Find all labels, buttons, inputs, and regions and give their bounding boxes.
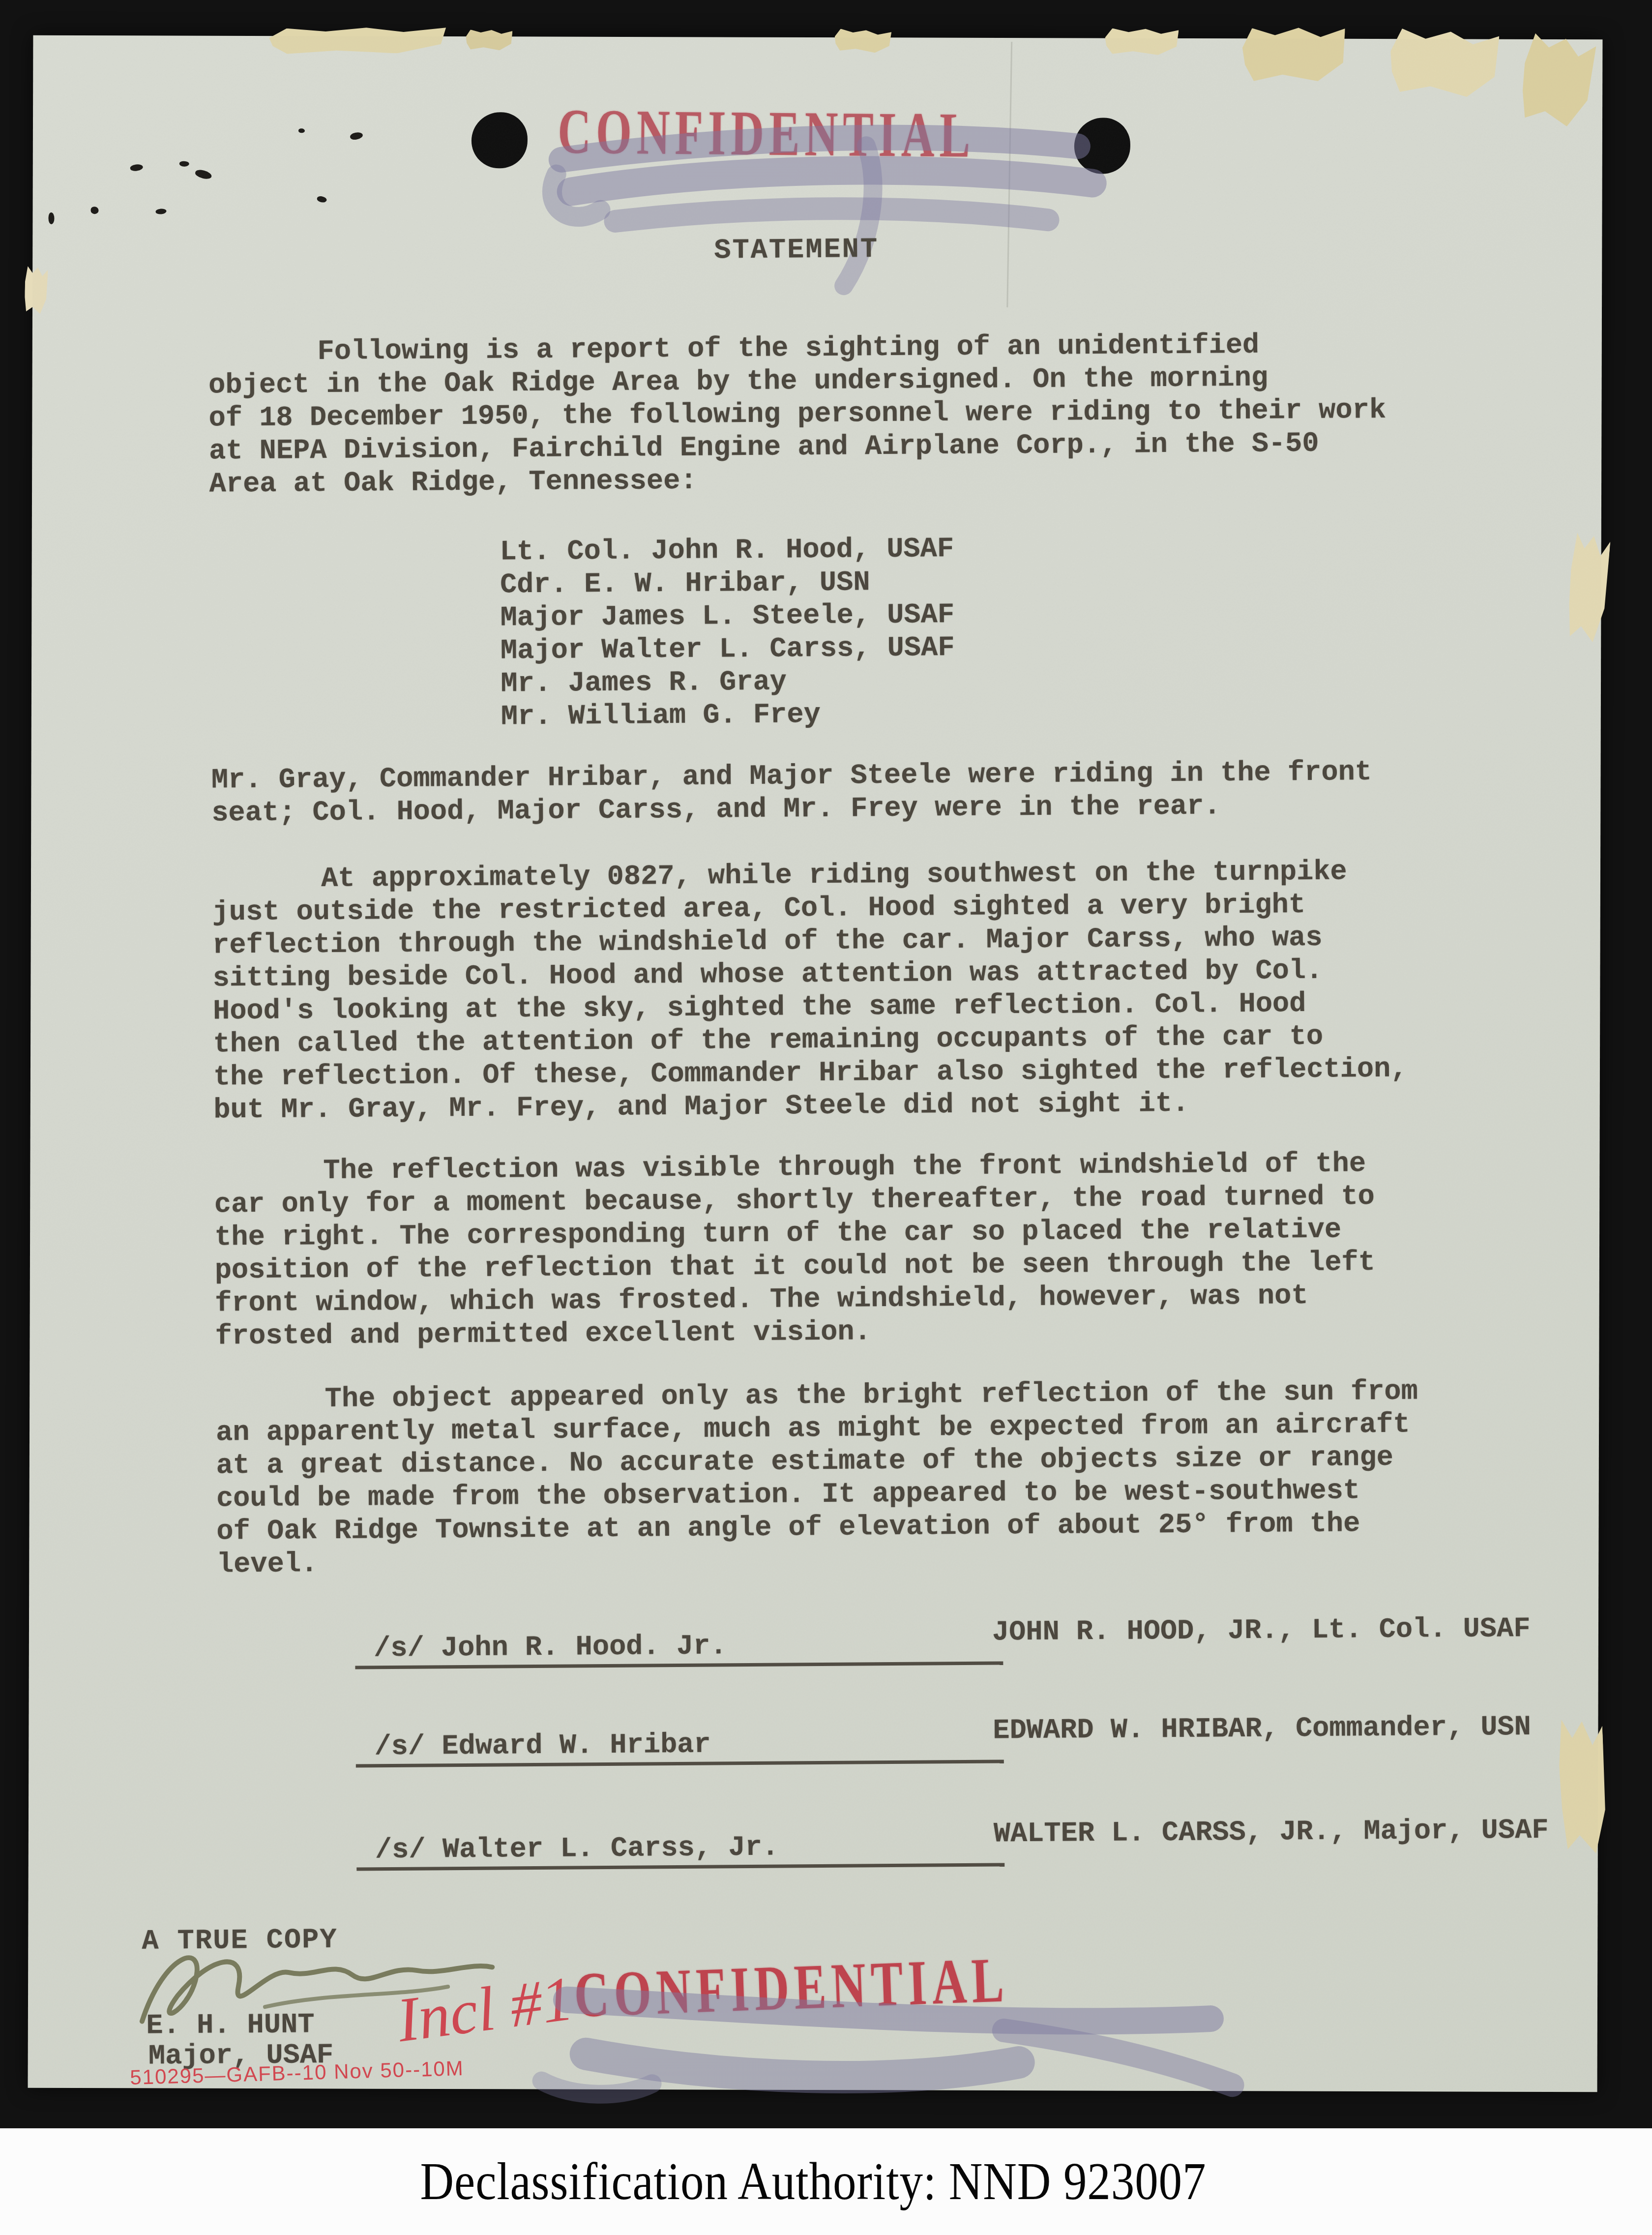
confidential-stamp-bottom: CONFIDENTIAL xyxy=(573,1943,1010,2032)
signature-typed-carss: WALTER L. CARSS, JR., Major, USAF xyxy=(994,1815,1549,1851)
footer-strip: Declassification Authority: NND 923007 xyxy=(0,2128,1652,2235)
declassification-note: Declassification Authority: NND 923007 xyxy=(420,2151,1206,2212)
signature-ink xyxy=(118,1918,521,2061)
signature-line-hood: /s/ John R. Hood. Jr. xyxy=(355,1628,1003,1669)
paragraph-sighting: At approximately 0827, while riding sout… xyxy=(212,854,1610,1128)
document-page: CONFIDENTIAL STATEMENT Following is a re… xyxy=(28,35,1603,2092)
signature-line-hribar: /s/ Edward W. Hribar xyxy=(355,1727,1003,1767)
paragraph-intro: Following is a report of the sighting of… xyxy=(208,327,1606,502)
paragraph-description: The object appeared only as the bright r… xyxy=(215,1374,1613,1582)
paragraph-visibility: The reflection was visible through the f… xyxy=(214,1146,1612,1354)
scanned-document-photo: CONFIDENTIAL STATEMENT Following is a re… xyxy=(0,0,1652,2235)
signature-typed-hribar: EDWARD W. HRIBAR, Commander, USN xyxy=(993,1711,1531,1748)
signature-typed-hood: JOHN R. HOOD, JR., Lt. Col. USAF xyxy=(992,1613,1531,1650)
document-title: STATEMENT xyxy=(714,234,879,268)
signature-line-carss: /s/ Walter L. Carss, Jr. xyxy=(356,1830,1004,1871)
typed-content: STATEMENT Following is a report of the s… xyxy=(23,32,1607,2095)
personnel-list: Lt. Col. John R. Hood, USAF Cdr. E. W. H… xyxy=(500,527,1652,734)
paragraph-seating: Mr. Gray, Commander Hribar, and Major St… xyxy=(211,755,1608,831)
